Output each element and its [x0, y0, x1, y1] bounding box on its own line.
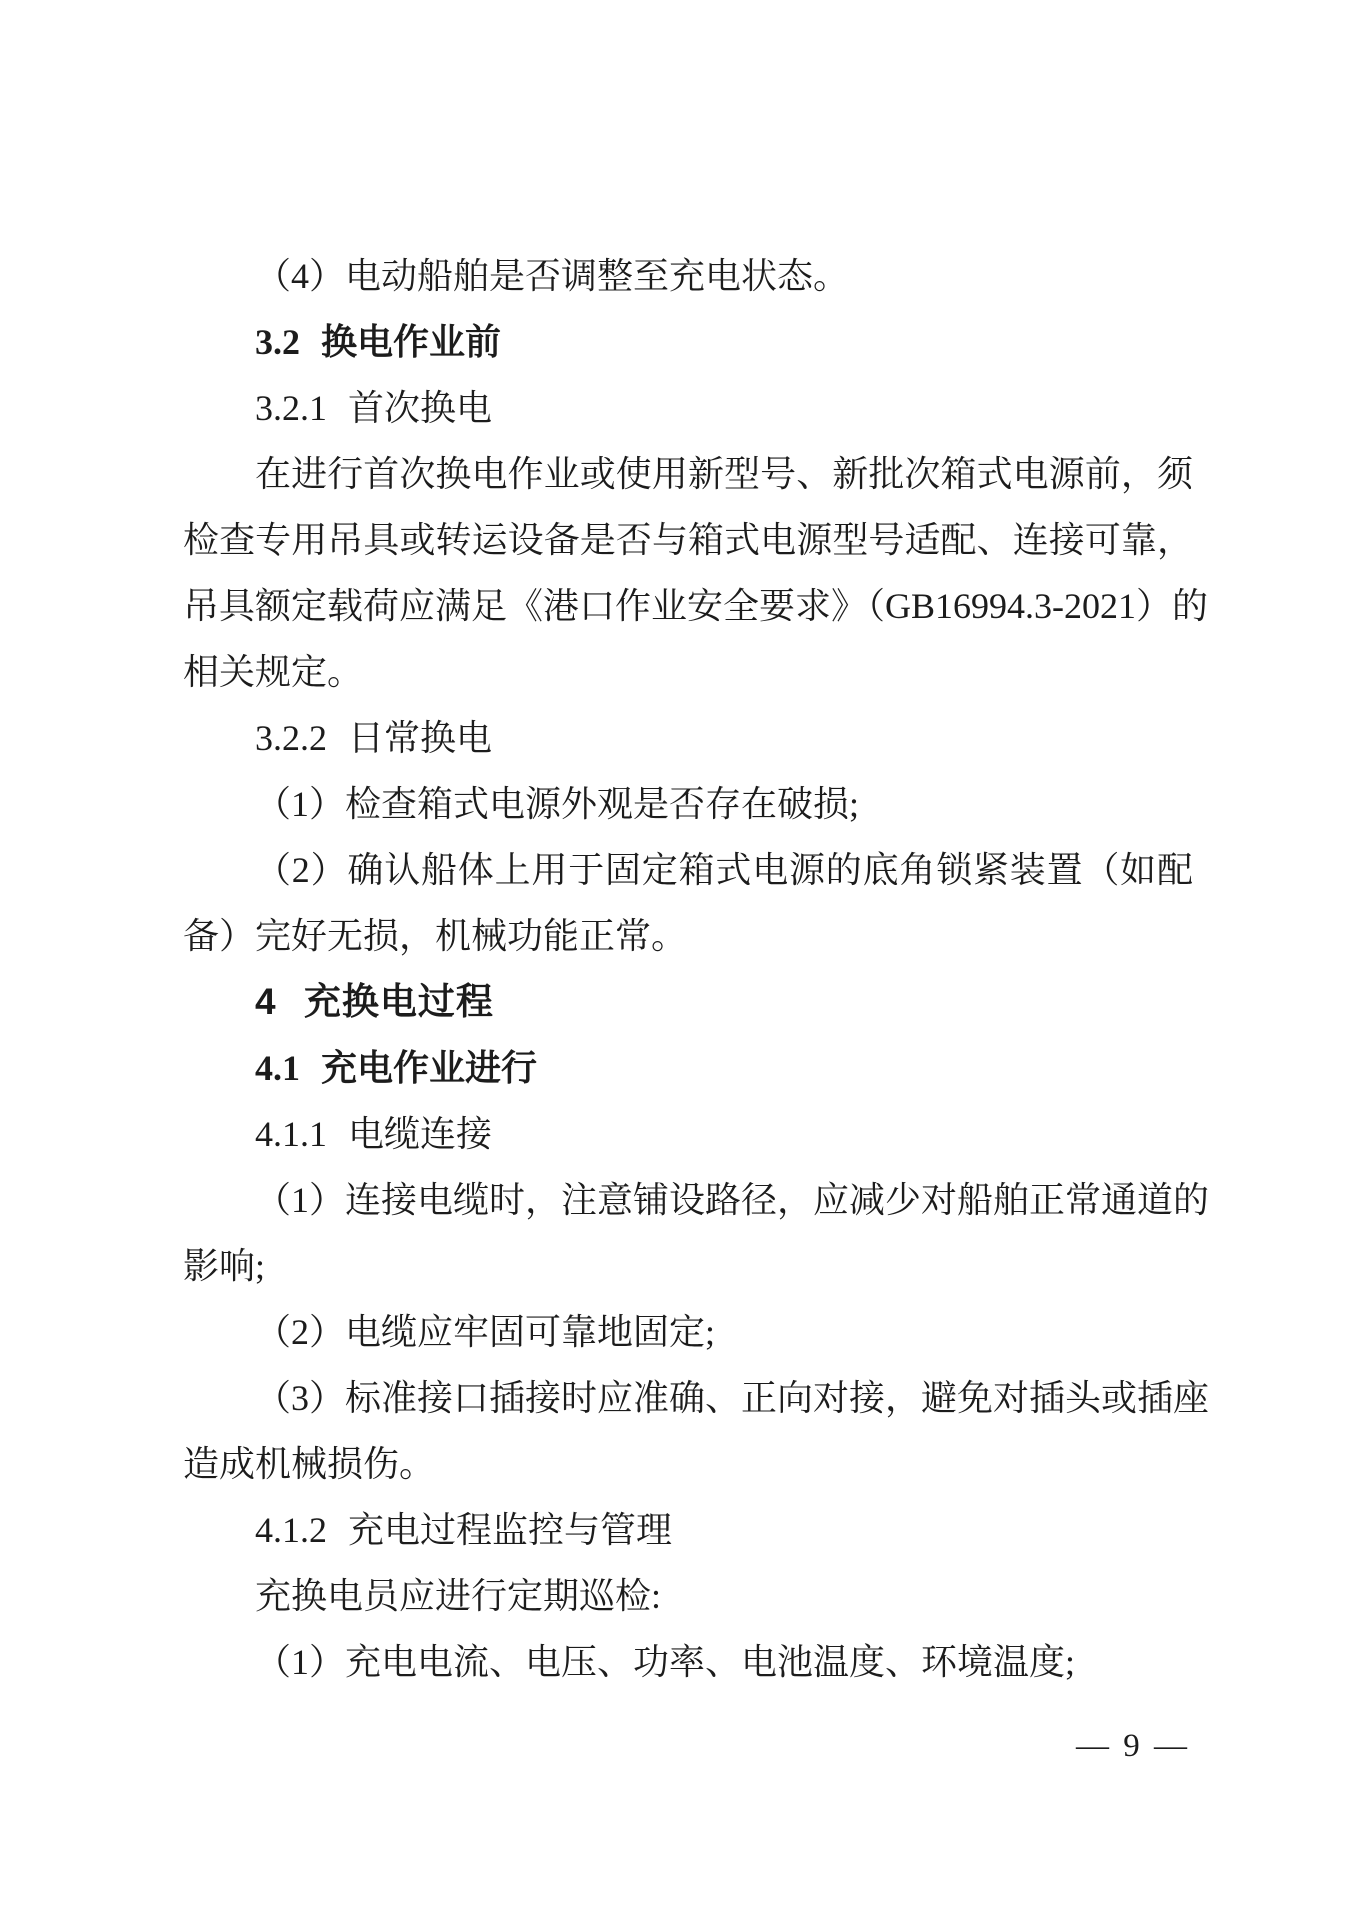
heading-3-2: 3.2 换电作业前: [183, 309, 1193, 375]
heading-3-2-2: 3.2.2 日常换电: [183, 705, 1193, 771]
body-line: 充换电员应进行定期巡检:: [183, 1563, 1193, 1629]
body-line: 在进行首次换电作业或使用新型号、新批次箱式电源前，须: [183, 441, 1193, 507]
document-body: （4）电动船舶是否调整至充电状态。 3.2 换电作业前 3.2.1 首次换电 在…: [183, 243, 1193, 1695]
body-line: 相关规定。: [183, 639, 1193, 705]
heading-4: 4 充换电过程: [183, 969, 1193, 1035]
body-line: 备）完好无损，机械功能正常。: [183, 903, 1193, 969]
document-page: （4）电动船舶是否调整至充电状态。 3.2 换电作业前 3.2.1 首次换电 在…: [0, 0, 1357, 1920]
body-line: 造成机械损伤。: [183, 1431, 1193, 1497]
heading-4-1-1: 4.1.1 电缆连接: [183, 1101, 1193, 1167]
heading-3-2-1: 3.2.1 首次换电: [183, 375, 1193, 441]
list-item-4: （4）电动船舶是否调整至充电状态。: [183, 243, 1193, 309]
body-line: 吊具额定载荷应满足《港口作业安全要求》（GB16994.3-2021）的: [183, 573, 1193, 639]
list-item-1: （1）连接电缆时，注意铺设路径，应减少对船舶正常通道的: [183, 1167, 1193, 1233]
list-item-3: （3）标准接口插接时应准确、正向对接，避免对插头或插座: [183, 1365, 1193, 1431]
list-item-2: （2）确认船体上用于固定箱式电源的底角锁紧装置（如配: [183, 837, 1193, 903]
body-line: 影响;: [183, 1233, 1193, 1299]
list-item-1: （1）检查箱式电源外观是否存在破损;: [183, 771, 1193, 837]
heading-4-1-2: 4.1.2 充电过程监控与管理: [183, 1497, 1193, 1563]
list-item-1: （1）充电电流、电压、功率、电池温度、环境温度;: [183, 1629, 1193, 1695]
heading-4-1: 4.1 充电作业进行: [183, 1035, 1193, 1101]
page-number: — 9 —: [1076, 1726, 1190, 1766]
body-line: 检查专用吊具或转运设备是否与箱式电源型号适配、连接可靠，: [183, 507, 1193, 573]
list-item-2: （2）电缆应牢固可靠地固定;: [183, 1299, 1193, 1365]
